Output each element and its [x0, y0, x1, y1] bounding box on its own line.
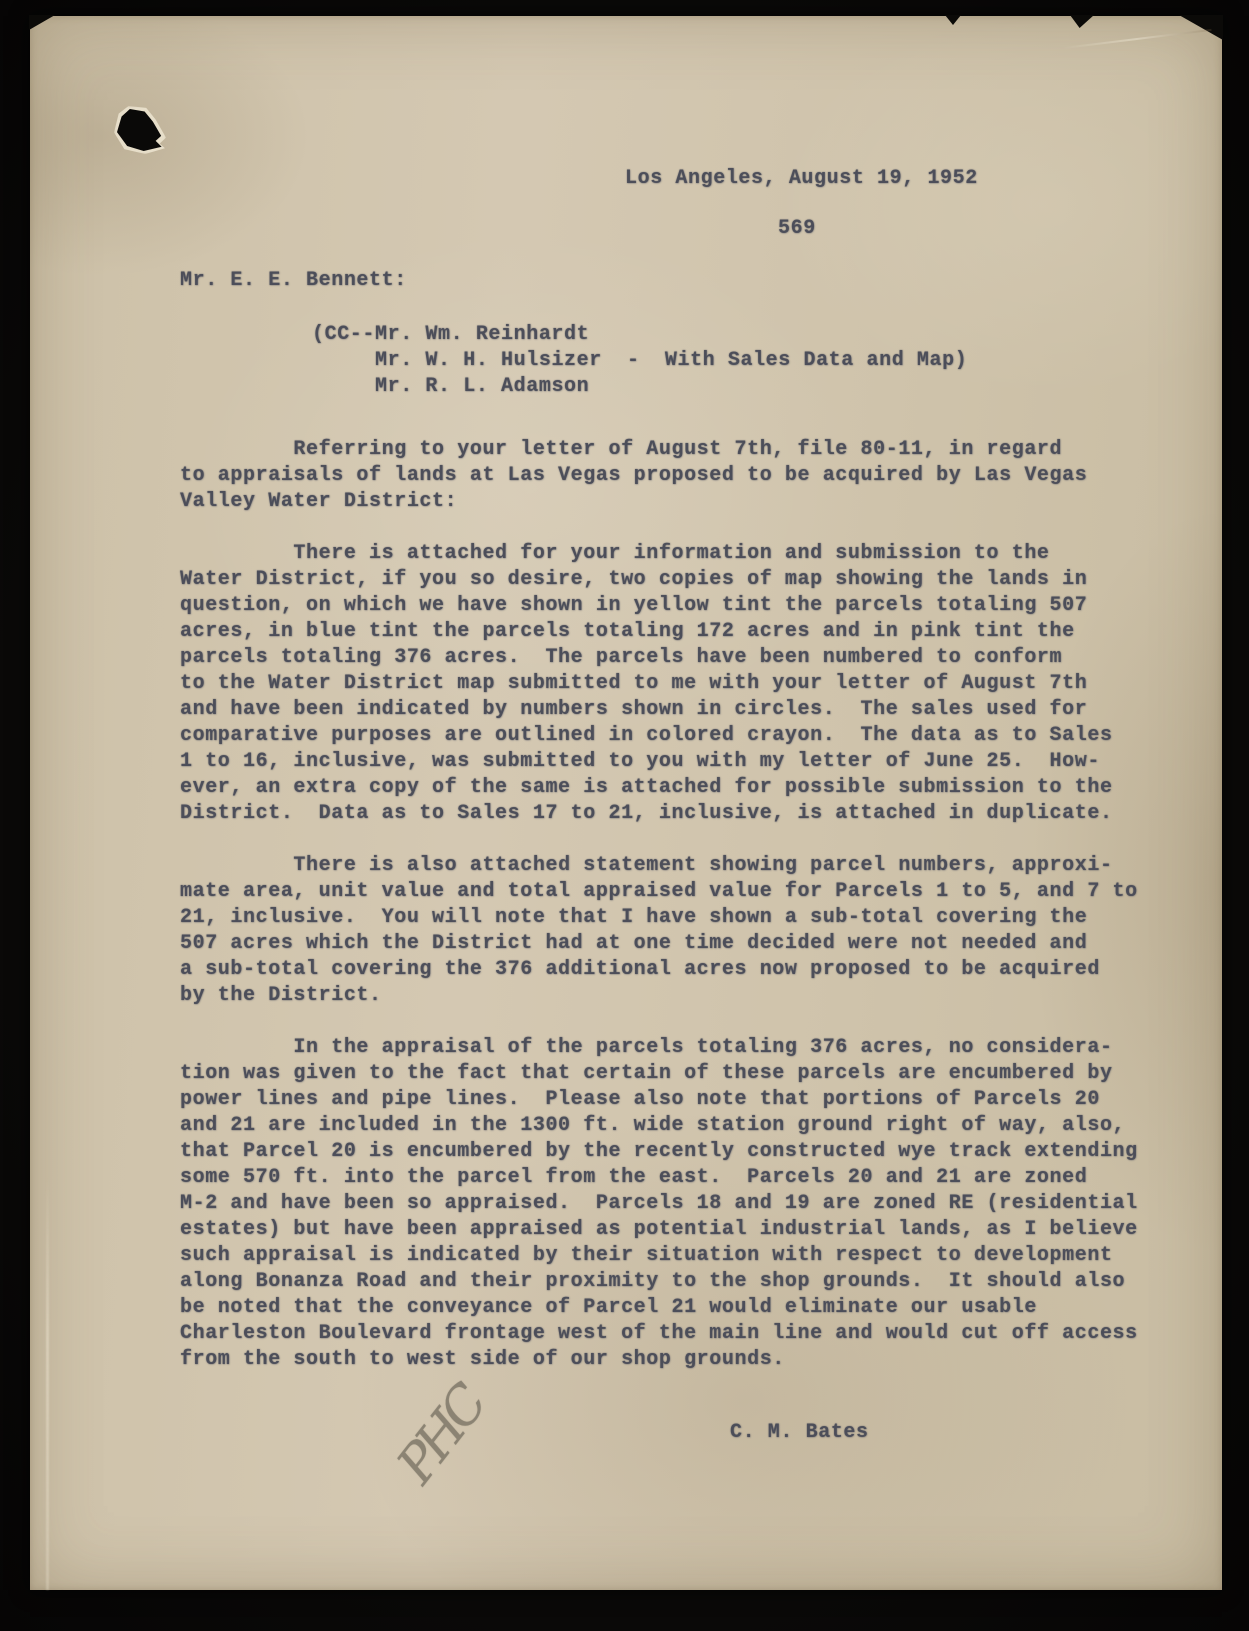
- cc-block: (CC--Mr. Wm. Reinhardt Mr. W. H. Hulsize…: [312, 322, 967, 400]
- dateline: Los Angeles, August 19, 1952: [625, 166, 978, 192]
- body-paragraph-1: Referring to your letter of August 7th, …: [180, 437, 1087, 515]
- edge-nick: [1070, 15, 1094, 28]
- paper-fold-line: [46, 1176, 49, 1590]
- edge-nick: [945, 15, 961, 25]
- body-paragraph-2: There is attached for your information a…: [180, 541, 1113, 827]
- paper-crease: [1062, 29, 1211, 49]
- file-number: 569: [778, 216, 816, 242]
- scan-background: Los Angeles, August 19, 1952 569 Mr. E. …: [0, 0, 1249, 1631]
- letter-page: Los Angeles, August 19, 1952 569 Mr. E. …: [30, 16, 1222, 1590]
- salutation: Mr. E. E. Bennett:: [180, 268, 407, 294]
- body-paragraph-4: In the appraisal of the parcels totaling…: [180, 1035, 1138, 1373]
- torn-corner-top-right: [1179, 15, 1223, 40]
- body-paragraph-3: There is also attached statement showing…: [180, 853, 1138, 1009]
- torn-corner-top-left: [29, 15, 55, 30]
- pencil-initials: PHC: [386, 1377, 496, 1494]
- signature-name: C. M. Bates: [730, 1420, 869, 1446]
